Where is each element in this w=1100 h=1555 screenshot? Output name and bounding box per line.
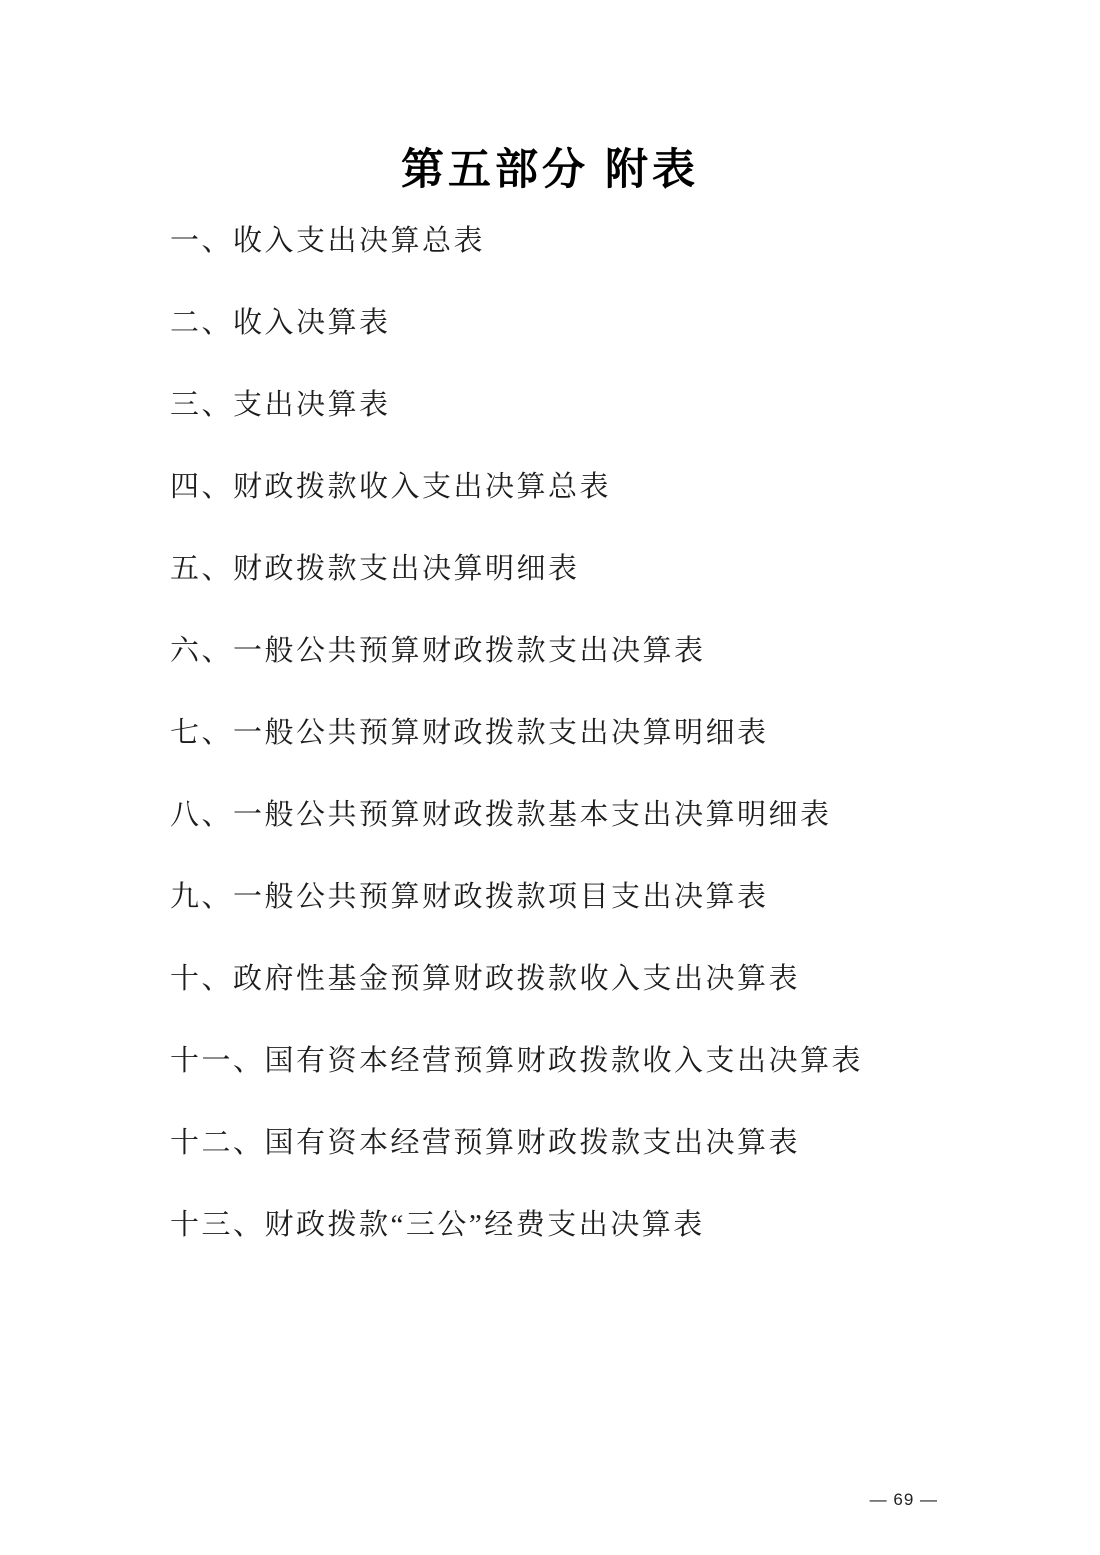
toc-list: 一、收入支出决算总表 二、收入决算表 三、支出决算表 四、财政拨款收入支出决算总…: [170, 224, 1020, 1290]
toc-item: 十一、国有资本经营预算财政拨款收入支出决算表: [170, 1044, 1020, 1078]
toc-item: 二、收入决算表: [170, 306, 1020, 340]
toc-item: 一、收入支出决算总表: [170, 224, 1020, 258]
page-number: — 69 —: [870, 1490, 938, 1510]
toc-item: 七、一般公共预算财政拨款支出决算明细表: [170, 716, 1020, 750]
document-page: 第五部分 附表 一、收入支出决算总表 二、收入决算表 三、支出决算表 四、财政拨…: [0, 0, 1100, 1555]
toc-item: 十二、国有资本经营预算财政拨款支出决算表: [170, 1126, 1020, 1160]
toc-item: 三、支出决算表: [170, 388, 1020, 422]
toc-item: 十、政府性基金预算财政拨款收入支出决算表: [170, 962, 1020, 996]
toc-item: 九、一般公共预算财政拨款项目支出决算表: [170, 880, 1020, 914]
page-title: 第五部分 附表: [0, 136, 1100, 197]
toc-item: 五、财政拨款支出决算明细表: [170, 552, 1020, 586]
toc-item: 六、一般公共预算财政拨款支出决算表: [170, 634, 1020, 668]
toc-item: 十三、财政拨款“三公”经费支出决算表: [170, 1208, 1020, 1242]
toc-item: 八、一般公共预算财政拨款基本支出决算明细表: [170, 798, 1020, 832]
toc-item: 四、财政拨款收入支出决算总表: [170, 470, 1020, 504]
